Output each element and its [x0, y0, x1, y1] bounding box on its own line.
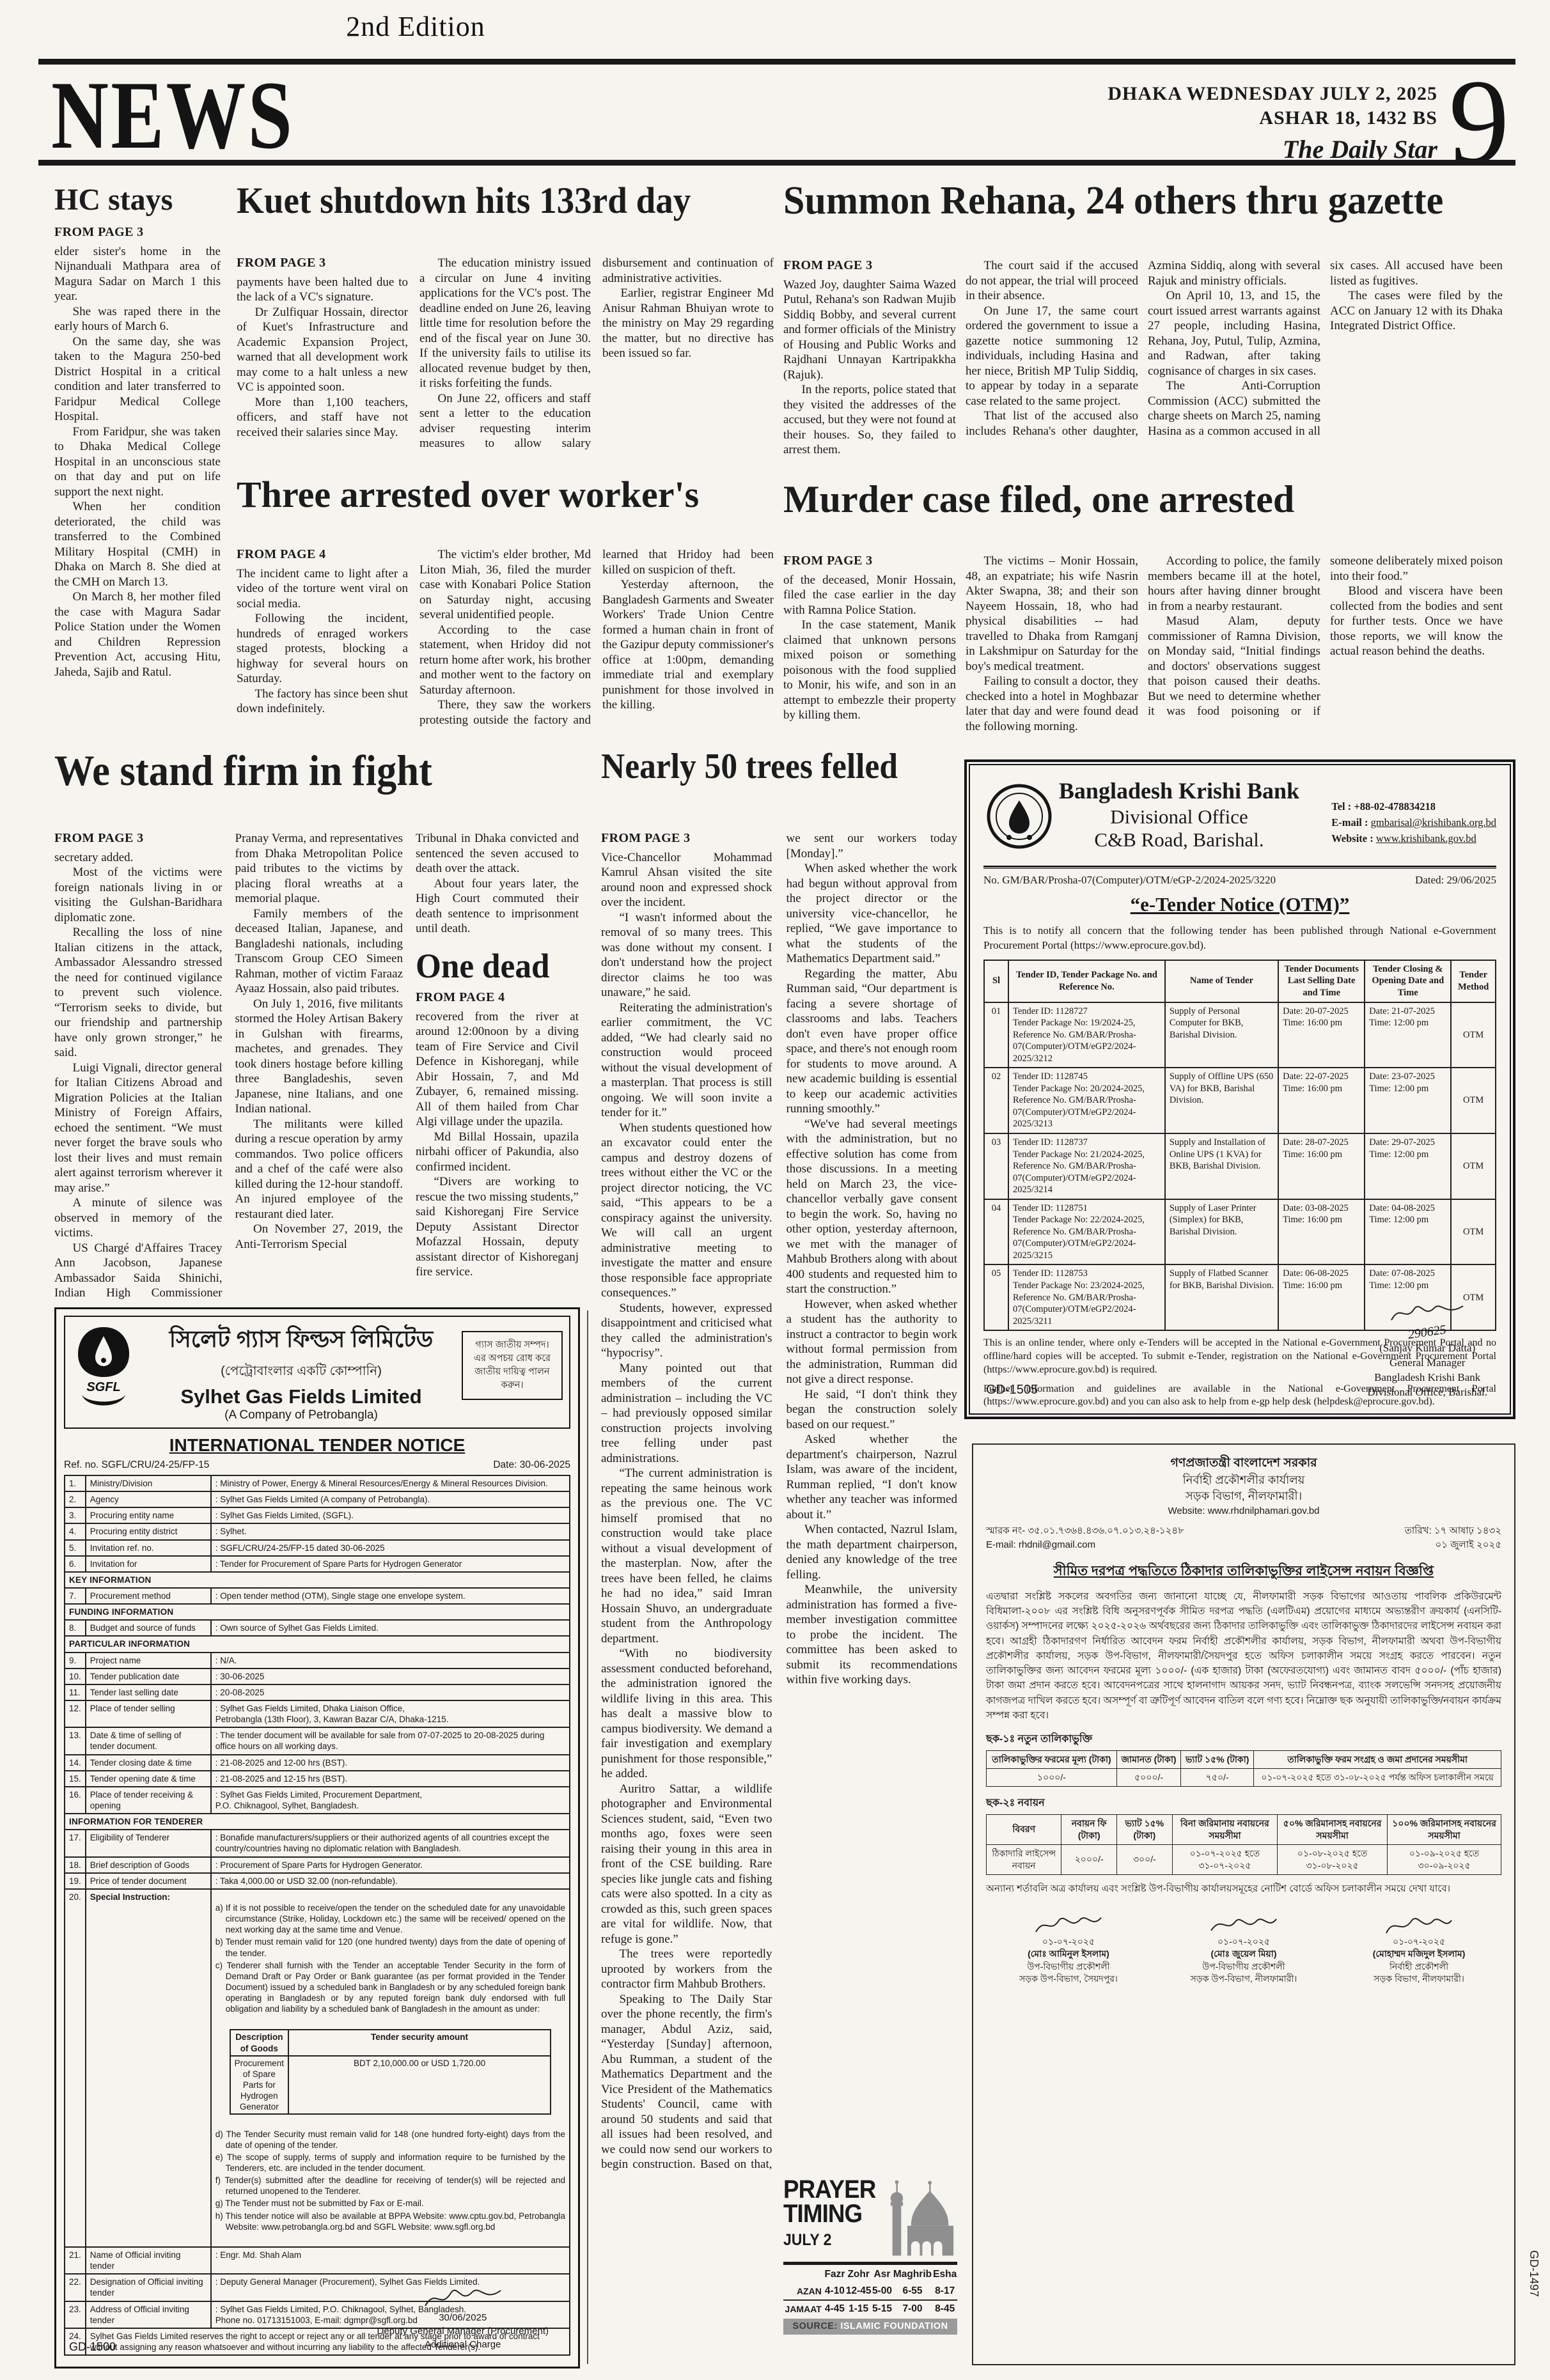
- table-row: 17.Eligibility of TendererBonafide manuf…: [65, 1830, 570, 1856]
- paragraph: When students questioned how an excavato…: [601, 1121, 772, 1301]
- col-sl: Sl: [984, 960, 1008, 1002]
- table-row: তালিকাভুক্তির ফরমের মূল্য (টাকা)জামানত (…: [987, 1751, 1501, 1769]
- table-cell: Procuring entity name: [86, 1507, 211, 1523]
- table-cell: 12.: [65, 1700, 86, 1727]
- table-cell: OTM: [1451, 1068, 1496, 1133]
- sgfl-logo: SGFL: [73, 1326, 134, 1409]
- table-row: বিবরণনবায়ন ফি (টাকা)ভ্যাট ১৫% (টাকা)বিন…: [987, 1815, 1501, 1845]
- table-row: 15.Tender opening date & time21-08-2025 …: [65, 1771, 570, 1787]
- table-row: ১০০০/-৫০০০/-৭৫০/-০১-০৭-২০২৫ হতে ৩১-০৮-২০…: [987, 1769, 1501, 1787]
- table-row: 13.Date & time of selling of tender docu…: [65, 1727, 570, 1754]
- table-cell: 04: [984, 1199, 1008, 1265]
- table-cell: 12-45: [845, 2283, 872, 2300]
- table-cell: 5.: [65, 1540, 86, 1556]
- table-cell: 11.: [65, 1684, 86, 1700]
- from-page-label: FROM PAGE 4: [237, 547, 408, 563]
- table-cell: Eligibility of Tenderer: [86, 1830, 211, 1856]
- krishi-email: gmbarisal@krishibank.org.bd: [1371, 816, 1496, 828]
- table-cell: Date: 23-07-2025 Time: 12:00 pm: [1365, 1068, 1451, 1133]
- table-cell: Tender closing date & time: [86, 1755, 211, 1771]
- prayer-table: Fazr Zohr Asr Maghrib Esha AZAN4-1012-45…: [783, 2266, 957, 2317]
- signature-block: ০১-০৭-২০২৫ (মোঃ জুয়েল মিয়া) উপ-বিভাগীয…: [1161, 1914, 1326, 1986]
- signature-scrawl: [421, 2285, 505, 2311]
- table-cell: Price of tender document: [86, 1873, 211, 1889]
- paragraph: Earlier, registrar Engineer Md Anisur Ra…: [602, 286, 774, 361]
- paragraph: recovered from the river at around 12:00…: [416, 1009, 579, 1130]
- table-header-row: Sl Tender ID, Tender Package No. and Ref…: [984, 960, 1496, 1002]
- table-cell: 30-06-2025: [211, 1668, 570, 1684]
- article-text: recovered from the river at around 12:00…: [416, 1009, 579, 1280]
- signatory-role: Deputy General Manager (Procurement): [377, 2324, 549, 2338]
- krishi-website: www.krishibank.gov.bd: [1376, 832, 1476, 844]
- table-row: 3.Procuring entity nameSylhet Gas Fields…: [65, 1507, 570, 1523]
- article-text: Tribunal in Dhaka convicted and sentence…: [416, 831, 579, 937]
- paragraph: b) Tender must remain valid for 120 (one…: [226, 1936, 565, 1958]
- table-row: ঠিকাদারি লাইসেন্স নবায়ন২০০০/-৩০০/-০১-০৭…: [987, 1844, 1501, 1874]
- section-title: NEWS: [51, 66, 294, 164]
- table-cell: Tender ID: 1128753 Tender Package No: 23…: [1008, 1264, 1165, 1330]
- security-cell: BDT 2,10,000.00 or USD 1,720.00: [288, 2056, 551, 2115]
- table-cell: 1.: [65, 1475, 86, 1491]
- table-row: 2.AgencySylhet Gas Fields Limited (A com…: [65, 1491, 570, 1507]
- row-number: 20.: [65, 1889, 86, 2247]
- table-cell: 5-00: [872, 2283, 892, 2300]
- paragraph: On July 1, 2016, five militants stormed …: [235, 997, 403, 1117]
- krishi-bank-logo: [986, 781, 1053, 852]
- table-cell: Procurement method: [86, 1588, 211, 1604]
- special-items-a: a) If it is not possible to receive/open…: [215, 1902, 565, 2014]
- col-name: Name of Tender: [1165, 960, 1278, 1002]
- table-row: 03Tender ID: 1128737 Tender Package No: …: [984, 1133, 1496, 1199]
- krishi-dated: Dated: 29/06/2025: [1415, 874, 1496, 887]
- paragraph: Failing to consult a doctor, they checke…: [966, 674, 1138, 734]
- table-cell: 03: [984, 1133, 1008, 1199]
- article-three-arrested-body: FROM PAGE 4 The incident came to light a…: [237, 547, 774, 739]
- signatory-role: উপ-বিভাগীয় প্রকৌশলী: [1161, 1961, 1326, 1973]
- article-hc-stays-body: FROM PAGE 3 elder sister's home in the N…: [54, 225, 221, 729]
- paragraph: h) This tender notice will also be avail…: [226, 2211, 565, 2232]
- roads-notice-title: সীমিত দরপত্র পদ্ধতিতে ঠিকাদার তালিকাভুক্…: [986, 1560, 1501, 1583]
- table-cell: 21.: [65, 2247, 86, 2274]
- table-cell: 1-15: [845, 2300, 872, 2317]
- table-cell: Tender ID: 1128727 Tender Package No: 19…: [1008, 1002, 1165, 1068]
- table-cell: Project name: [86, 1653, 211, 1668]
- table-cell: Designation of Official inviting tender: [86, 2274, 211, 2301]
- table-cell: 19.: [65, 1873, 86, 1889]
- dateline-calendar: ASHAR 18, 1432 BS: [959, 106, 1437, 130]
- table-cell: Sylhet.: [211, 1523, 570, 1539]
- from-page-label: FROM PAGE 4: [416, 990, 579, 1006]
- table-cell: ৫০% জরিমানাসহ নবায়নের সময়সীমা: [1278, 1815, 1388, 1845]
- krishi-divider: [983, 866, 1496, 869]
- table-cell: Date & time of selling of tender documen…: [86, 1727, 211, 1754]
- paragraph: The victim's elder brother, Md Liton Mia…: [419, 547, 591, 623]
- table-cell: 4-10: [824, 2283, 845, 2300]
- table-cell: Tender publication date: [86, 1668, 211, 1684]
- signatory-role-2: Additional Charge: [377, 2338, 549, 2351]
- table-cell: Procurement of Spare Parts for Hydrogen …: [211, 1857, 570, 1873]
- article-summon-body: FROM PAGE 3 Wazed Joy, daughter Saima Wa…: [783, 258, 1503, 462]
- article-murder-case-body: FROM PAGE 3 of the deceased, Monir Hossa…: [783, 554, 1503, 740]
- signature-block: ০১-০৭-২০২৫ (মোহাম্মদ মজিদুল ইসলাম) নির্ব…: [1336, 1914, 1501, 1986]
- signatory-office: সড়ক উপ-বিভাগ, সৈয়দপুর।: [986, 1973, 1151, 1986]
- prayer-date: JULY 2: [783, 2231, 875, 2250]
- roads-notice-body: এতদ্বারা সংশ্লিষ্ট সকলের অবগতির জন্য জান…: [986, 1589, 1501, 1723]
- paragraph: In the case statement, Manik claimed tha…: [783, 618, 956, 723]
- paragraph: According to the case statement, when Hr…: [419, 623, 591, 698]
- headline-hc-stays: HC stays: [54, 184, 173, 216]
- column-divider: [587, 1311, 588, 2364]
- paragraph: The education ministry issued a circular…: [419, 256, 591, 391]
- table-cell: Engr. Md. Shah Alam: [211, 2247, 570, 2274]
- paragraph: The militants were killed during a rescu…: [235, 1117, 403, 1222]
- signatory-role: উপ-বিভাগীয় প্রকৌশলী: [986, 1961, 1151, 1973]
- paragraph: Blood and viscera have been collected fr…: [1330, 584, 1503, 659]
- sgfl-header-box: SGFL সিলেট গ্যাস ফিল্ডস লিমিটেড (পেট্রোব…: [64, 1316, 570, 1429]
- table-cell: Date: 21-07-2025 Time: 12:00 pm: [1365, 1002, 1451, 1068]
- table-cell: ০১-০৯-২০২৫ হতে ৩০-০৯-২০২৫: [1388, 1844, 1501, 1874]
- table-cell: 20-08-2025: [211, 1684, 570, 1700]
- table-row: 10.Tender publication date30-06-2025: [65, 1668, 570, 1684]
- table-cell: N/A.: [211, 1653, 570, 1668]
- table-cell: Supply of Offline UPS (650 VA) for BKB, …: [1165, 1068, 1278, 1133]
- table-cell: Date: 04-08-2025 Time: 12:00 pm: [1365, 1199, 1451, 1265]
- signature-scrawl: [1033, 1914, 1104, 1936]
- headline-one-dead: One dead: [416, 948, 570, 984]
- krishi-tender-table: Sl Tender ID, Tender Package No. and Ref…: [983, 960, 1496, 1331]
- krishi-office-line: Divisional Office: [1054, 805, 1304, 828]
- krishi-contact-block: Tel : +88-02-478834218 E-mail : gmbarisa…: [1331, 799, 1496, 846]
- table-row: 02Tender ID: 1128745 Tender Package No: …: [984, 1068, 1496, 1133]
- table-cell: 7-00: [893, 2300, 933, 2317]
- article-trees-body: FROM PAGE 3 Vice-Chancellor Mohammad Kam…: [601, 831, 957, 2174]
- table-row: 21.Name of Official inviting tenderEngr.…: [65, 2247, 570, 2274]
- roads-department-ad: গণপ্রজাতন্ত্রী বাংলাদেশ সরকার নির্বাহী প…: [972, 1443, 1515, 2365]
- roads-signatures: ০১-০৭-২০২৫ (মোঃ আমিনুল ইসলাম) উপ-বিভাগীয…: [986, 1914, 1501, 1986]
- paragraph: A minute of silence was observed in memo…: [54, 1195, 223, 1241]
- svg-text:SGFL: SGFL: [86, 1380, 120, 1394]
- sylhet-gas-ad: SGFL সিলেট গ্যাস ফিল্ডস লিমিটেড (পেট্রোব…: [54, 1307, 580, 2368]
- special-instruction-row: 20. Special Instruction: a) If it is not…: [65, 1889, 570, 2247]
- table-cell: 01: [984, 1002, 1008, 1068]
- from-page-label: FROM PAGE 3: [54, 225, 221, 240]
- roads-office-line: নির্বাহী প্রকৌশলীর কার্যালয়: [986, 1472, 1501, 1488]
- table-cell: 4-45: [824, 2300, 845, 2317]
- table-cell: Date: 03-08-2025 Time: 16:00 pm: [1278, 1199, 1365, 1265]
- dateline-date: DHAKA WEDNESDAY JULY 2, 2025: [959, 82, 1437, 106]
- dateline-block: DHAKA WEDNESDAY JULY 2, 2025 ASHAR 18, 1…: [959, 82, 1437, 166]
- paragraph: He said, “I don't think they began the c…: [787, 1387, 958, 1433]
- signatory-name: (মোঃ জুয়েল মিয়া): [1161, 1948, 1326, 1961]
- paragraph: The factory has since been shut down ind…: [237, 687, 408, 717]
- table-cell: 8-45: [932, 2300, 957, 2317]
- paragraph: Auritro Sattar, a wildlife photographer …: [601, 1782, 772, 1947]
- krishi-bank-name: Bangladesh Krishi Bank: [1054, 777, 1304, 804]
- krishi-email-label: E-mail :: [1331, 816, 1370, 828]
- table-cell: OTM: [1451, 1002, 1496, 1068]
- krishi-ref-no: No. GM/BAR/Prosha-07(Computer)/OTM/eGP-2…: [983, 874, 1276, 887]
- paragraph: Meanwhile, the university administration…: [787, 1582, 958, 1688]
- article-text: Vice-Chancellor Mohammad Kamrul Ahsan vi…: [601, 831, 957, 2174]
- table-row: 19.Price of tender documentTaka 4,000.00…: [65, 1873, 570, 1889]
- table-cell: 10.: [65, 1668, 86, 1684]
- krishi-tender-title: “e-Tender Notice (OTM)”: [983, 893, 1496, 916]
- table-row: 14.Tender closing date & time21-08-2025 …: [65, 1755, 570, 1771]
- table-cell: Address of Official inviting tender: [86, 2301, 211, 2328]
- paragraph: Luigi Vignali, director general for Ital…: [54, 1061, 223, 1196]
- roads-date-en: ০১ জুলাই ২০২৫: [1405, 1538, 1501, 1553]
- krishi-web-label: Website :: [1331, 832, 1376, 844]
- article-text: payments have been halted due to the lac…: [237, 256, 774, 459]
- paragraph: On the same day, she was taken to the Ma…: [54, 334, 221, 424]
- table-cell: Date: 06-08-2025 Time: 16:00 pm: [1278, 1264, 1365, 1330]
- paragraph: f) Tender(s) submitted after the deadlin…: [226, 2175, 565, 2197]
- signatory-name: (মোহাম্মদ মজিদুল ইসলাম): [1336, 1948, 1501, 1961]
- from-page-label: FROM PAGE 3: [601, 831, 772, 846]
- gas-conservation-slogan: গ্যাস জাতীয় সম্পদ। এর অপচয় রোধ করে জাত…: [462, 1331, 563, 1400]
- prayer-timing-box: PRAYER TIMING JULY 2: [783, 2177, 957, 2335]
- headline-kuet: Kuet shutdown hits 133rd day: [237, 182, 691, 221]
- row-label: Special Instruction:: [86, 1889, 211, 2247]
- section-title: INFORMATION FOR TENDERER: [65, 1814, 570, 1830]
- paragraph: Family members of the deceased Italian, …: [235, 906, 403, 997]
- table-cell: Tender for Procurement of Spare Parts fo…: [211, 1556, 570, 1572]
- signature-date: 30/06/2025: [377, 2311, 549, 2324]
- signatory-role: General Manager: [1367, 1356, 1487, 1371]
- paragraph: When asked whether the work had begun wi…: [787, 861, 958, 967]
- table-cell: Ministry/Division: [86, 1475, 211, 1491]
- table-cell: ৭৫০/-: [1181, 1769, 1254, 1787]
- col-selling: Tender Documents Last Selling Date and T…: [1278, 960, 1365, 1002]
- table-cell: OTM: [1451, 1133, 1496, 1199]
- table-cell: Budget and source of funds: [86, 1620, 211, 1636]
- paragraph: g) The Tender must not be submitted by F…: [226, 2198, 565, 2209]
- table-row: 04Tender ID: 1128751 Tender Package No: …: [984, 1199, 1496, 1265]
- table-cell: Sylhet Gas Fields Limited, Dhaka Liaison…: [211, 1700, 570, 1727]
- table-cell: Sylhet Gas Fields Limited, (SGFL).: [211, 1507, 570, 1523]
- paragraph: Following the incident, hundreds of enra…: [237, 611, 408, 687]
- roads-date-bn: তারিখ: ১৭ আষাঢ় ১৪৩২: [1405, 1524, 1501, 1539]
- table-cell: ২০০০/-: [1061, 1844, 1117, 1874]
- table-row: 16.Place of tender receiving & openingSy…: [65, 1787, 570, 1814]
- krishi-ad-header: Bangladesh Krishi Bank Divisional Office…: [983, 777, 1496, 859]
- paragraph: Recalling the loss of nine Italian citiz…: [54, 925, 223, 1061]
- table-cell: 2.: [65, 1491, 86, 1507]
- table-cell: Supply of Personal Computer for BKB, Bar…: [1165, 1002, 1278, 1068]
- paragraph: Asked whether the department's chairpers…: [787, 1432, 958, 1522]
- table-cell: Tender ID: 1128737 Tender Package No: 21…: [1008, 1133, 1165, 1199]
- sgfl-signature-block: 30/06/2025 Deputy General Manager (Procu…: [377, 2285, 549, 2351]
- article-we-stand-col3: Tribunal in Dhaka convicted and sentence…: [416, 831, 579, 1304]
- article-text: secretary added.Most of the victims were…: [54, 831, 403, 1302]
- paragraph: Most of the victims were foreign nationa…: [54, 865, 223, 925]
- table-cell: Invitation for: [86, 1556, 211, 1572]
- col-method: Tender Method: [1451, 960, 1496, 1002]
- ad-code: GD-1500: [69, 2340, 116, 2354]
- article-text: elder sister's home in the Nijnanduali M…: [54, 244, 221, 680]
- col-asr: Asr: [872, 2266, 892, 2283]
- headline-we-stand: We stand firm in fight: [54, 748, 432, 793]
- table-row: Procurement of Spare Parts for Hydrogen …: [230, 2056, 551, 2115]
- table-cell: Date: 22-07-2025 Time: 16:00 pm: [1278, 1068, 1365, 1133]
- table-cell: Agency: [86, 1491, 211, 1507]
- table-cell: নবায়ন ফি (টাকা): [1061, 1815, 1117, 1845]
- table-cell: 05: [984, 1264, 1008, 1330]
- signatory-org: Bangladesh Krishi Bank: [1367, 1371, 1487, 1385]
- table-cell: 22.: [65, 2274, 86, 2301]
- table-row: 4.Procuring entity districtSylhet.: [65, 1523, 570, 1539]
- paragraph: When her condition deteriorated, the chi…: [54, 499, 221, 589]
- table-cell: জামানত (টাকা): [1116, 1751, 1180, 1769]
- paragraph: Md Billal Hossain, upazila nirbahi offic…: [416, 1130, 579, 1175]
- table-cell: 9.: [65, 1653, 86, 1668]
- section-title: FUNDING INFORMATION: [65, 1604, 570, 1620]
- paragraph: The trees were reportedly uprooted by wo…: [601, 1947, 772, 1992]
- table-cell: Open tender method (OTM), Single stage o…: [211, 1588, 570, 1604]
- paragraph: elder sister's home in the Nijnanduali M…: [54, 244, 221, 304]
- article-text: Wazed Joy, daughter Saima Wazed Putul, R…: [783, 258, 1503, 462]
- from-page-label: FROM PAGE 3: [54, 831, 223, 846]
- table-row: 01Tender ID: 1128727 Tender Package No: …: [984, 1002, 1496, 1068]
- table-row: 1.Ministry/DivisionMinistry of Power, En…: [65, 1475, 570, 1491]
- headline-trees: Nearly 50 trees felled: [601, 748, 898, 786]
- table-cell: Procuring entity district: [86, 1523, 211, 1539]
- paragraph: On November 27, 2019, the Anti-Terrorism…: [235, 1222, 403, 1252]
- table-cell: Own source of Sylhet Gas Fields Limited.: [211, 1620, 570, 1636]
- signatory-name: (মোঃ আমিনুল ইসলাম): [986, 1948, 1151, 1961]
- table-cell: 4.: [65, 1523, 86, 1539]
- krishi-address-line: C&B Road, Barishal.: [1054, 828, 1304, 852]
- paragraph: Regarding the matter, Abu Rumman said, “…: [787, 967, 958, 1117]
- table-row: 5.Invitation ref. no.SGFL/CRU/24-25/FP-1…: [65, 1540, 570, 1556]
- table-cell: ঠিকাদারি লাইসেন্স নবায়ন: [987, 1844, 1061, 1874]
- paragraph: In the reports, police stated that they …: [783, 382, 956, 458]
- article-kuet-body: FROM PAGE 3 payments have been halted du…: [237, 256, 774, 459]
- roads-note: অন্যান্য শর্তাবলি অত্র কার্যালয় এবং সংশ…: [986, 1881, 1501, 1897]
- paragraph: e) The scope of supply, terms of supply …: [226, 2152, 565, 2174]
- paragraph: “Divers are working to rescue the two mi…: [416, 1174, 579, 1280]
- table-cell: AZAN: [783, 2283, 824, 2300]
- table-cell: ০১-০৮-২০২৫ হতে ৩১-০৮-২০২৫: [1278, 1844, 1388, 1874]
- newspaper-page: 2nd Edition NEWS DHAKA WEDNESDAY JULY 2,…: [0, 0, 1550, 2380]
- ad-code: GD-1505: [986, 1383, 1038, 1397]
- signatory-office: সড়ক বিভাগ, নীলফামারী।: [1336, 1973, 1501, 1986]
- table-row: 18.Brief description of GoodsProcurement…: [65, 1857, 570, 1873]
- table-cell: তালিকাভুক্তি ফরম সংগ্রহ ও জমা প্রদানের স…: [1254, 1751, 1501, 1769]
- signature-date: ০১-০৭-২০২৫: [986, 1936, 1151, 1948]
- paragraph: According to police, the family members …: [1148, 554, 1320, 614]
- paragraph: payments have been halted due to the lac…: [237, 275, 408, 305]
- section-title: KEY INFORMATION: [65, 1572, 570, 1588]
- table-row: 12.Place of tender sellingSylhet Gas Fie…: [65, 1700, 570, 1727]
- table-cell: ভ্যাট ১৫% (টাকা): [1181, 1751, 1254, 1769]
- table-cell: The tender document will be available fo…: [211, 1727, 570, 1754]
- table-header-row: Description of Goods Tender security amo…: [230, 2030, 551, 2055]
- table-row: 7.Procurement methodOpen tender method (…: [65, 1588, 570, 1604]
- paragraph: About four years later, the High Court c…: [416, 876, 579, 937]
- signatory-office: Divisional Office, Barishal.: [1367, 1385, 1487, 1400]
- table-cell: SGFL/CRU/24-25/FP-15 dated 30-06-2025: [211, 1540, 570, 1556]
- table-cell: ভ্যাট ১৫% (টাকা): [1116, 1815, 1172, 1845]
- roads-gov-line: গণপ্রজাতন্ত্রী বাংলাদেশ সরকার: [986, 1455, 1501, 1472]
- roads-enlistment-table: তালিকাভুক্তির ফরমের মূল্য (টাকা)জামানত (…: [986, 1750, 1501, 1787]
- table-cell: Supply of Laser Printer (Simplex) for BK…: [1165, 1199, 1278, 1265]
- krishi-intro: This is to notify all concern that the f…: [983, 924, 1496, 953]
- paragraph: “With no biodiversity assessment conduct…: [601, 1646, 772, 1782]
- col-closing: Tender Closing & Opening Date and Time: [1365, 960, 1451, 1002]
- source-name: ISLAMIC FOUNDATION: [840, 2321, 948, 2331]
- paragraph: Dr Zulfiquar Hossain, director of Kuet's…: [237, 305, 408, 395]
- signature-block: ০১-০৭-২০২৫ (মোঃ আমিনুল ইসলাম) উপ-বিভাগীয…: [986, 1914, 1151, 1986]
- table-cell: 8-17: [932, 2283, 957, 2300]
- source-label: SOURCE:: [792, 2321, 837, 2331]
- paragraph: From Faridpur, she was taken to Dhaka Me…: [54, 424, 221, 500]
- table-cell: 17.: [65, 1830, 86, 1856]
- tender-security-table: Description of Goods Tender security amo…: [230, 2029, 551, 2115]
- krishi-tel: Tel : +88-02-478834218: [1331, 799, 1496, 815]
- table-cell: Date: 20-07-2025 Time: 16:00 pm: [1278, 1002, 1365, 1068]
- krishi-signature-block: 290625 (Sanjay Kumar Datta) General Mana…: [1367, 1302, 1487, 1400]
- table-cell: Brief description of Goods: [86, 1857, 211, 1873]
- sgfl-subtitle-bn: (পেট্রোবাংলার একটি কোম্পানি): [148, 1362, 454, 1383]
- roads-email: E-mail: rhdnil@gmail.com: [986, 1538, 1184, 1553]
- section-row: FUNDING INFORMATION: [65, 1604, 570, 1620]
- signatory-role: নির্বাহী প্রকৌশলী: [1336, 1961, 1501, 1973]
- table-cell: Date: 29-07-2025 Time: 12:00 pm: [1365, 1133, 1451, 1199]
- roads-table2-label: ছক-২ঃ নবায়ন: [986, 1794, 1501, 1812]
- prayer-header-row: Fazr Zohr Asr Maghrib Esha: [783, 2266, 957, 2283]
- prayer-divider: [783, 2262, 957, 2265]
- article-we-stand-body: FROM PAGE 3 secretary added.Most of the …: [54, 831, 403, 1302]
- table-cell: 16.: [65, 1787, 86, 1814]
- table-cell: Tender ID: 1128751 Tender Package No: 22…: [1008, 1199, 1165, 1265]
- paragraph: Yesterday afternoon, the Bangladesh Garm…: [602, 577, 774, 713]
- paragraph: However, when asked whether a student ha…: [787, 1297, 958, 1387]
- table-cell: 5-15: [872, 2300, 892, 2317]
- table-cell: ৩০০/-: [1116, 1844, 1172, 1874]
- table-cell: ০১-০৭-২০২৫ হতে ৩১-০৮-২০২৫ পর্যন্ত অফিস চ…: [1254, 1769, 1501, 1787]
- table-cell: 15.: [65, 1771, 86, 1787]
- paragraph: “I wasn't informed about the removal of …: [601, 910, 772, 1000]
- table-cell: তালিকাভুক্তির ফরমের মূল্য (টাকা): [987, 1751, 1117, 1769]
- table-cell: OTM: [1451, 1199, 1496, 1265]
- header-rule-bottom: [38, 160, 1515, 166]
- roads-table1-label: ছক-১ঃ নতুন তালিকাভুক্তি: [986, 1731, 1501, 1748]
- signature-scrawl: [1209, 1914, 1279, 1936]
- prayer-source-bar: SOURCE: ISLAMIC FOUNDATION: [783, 2319, 957, 2335]
- headline-murder-case: Murder case filed, one arrested: [783, 479, 1294, 520]
- col-goods: Description of Goods: [230, 2030, 288, 2055]
- edition-label: 2nd Edition: [275, 10, 556, 43]
- table-cell: 6-55: [893, 2283, 933, 2300]
- table-cell: 02: [984, 1068, 1008, 1133]
- paragraph: Wazed Joy, daughter Saima Wazed Putul, R…: [783, 277, 956, 383]
- table-cell: 7.: [65, 1588, 86, 1604]
- section-title: PARTICULAR INFORMATION: [65, 1636, 570, 1652]
- paragraph: When contacted, Nazrul Islam, the math d…: [787, 1522, 958, 1582]
- table-cell: Date: 28-07-2025 Time: 16:00 pm: [1278, 1133, 1365, 1199]
- sgfl-tender-title: INTERNATIONAL TENDER NOTICE: [64, 1435, 570, 1456]
- sgfl-tender-table: 1.Ministry/DivisionMinistry of Power, En…: [64, 1475, 570, 2356]
- table-cell: ১০০০/-: [987, 1769, 1117, 1787]
- table-cell: 21-08-2025 and 12-15 hrs (BST).: [211, 1771, 570, 1787]
- paragraph: The incident came to light after a video…: [237, 566, 408, 612]
- paragraph: secretary added.: [54, 850, 223, 866]
- table-cell: 18.: [65, 1857, 86, 1873]
- table-cell: বিনা জরিমানায় নবায়নের সময়সীমা: [1172, 1815, 1277, 1845]
- paragraph: d) The Tender Security must remain valid…: [226, 2129, 565, 2151]
- paragraph: Vice-Chancellor Mohammad Kamrul Ahsan vi…: [601, 850, 772, 910]
